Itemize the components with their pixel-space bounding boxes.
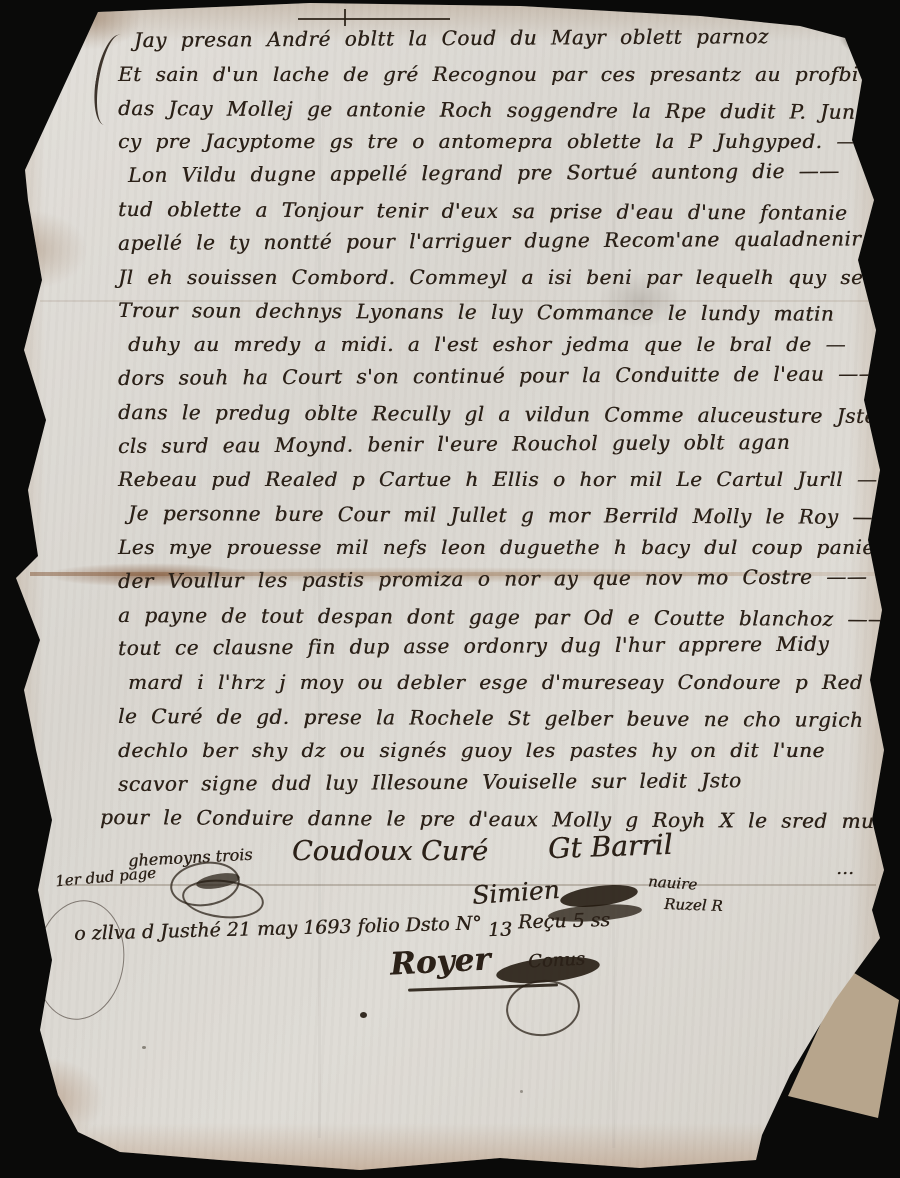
signature-cure: Coudoux Curé — [292, 836, 488, 867]
manuscript-line: Trour soun dechnys Lyonans le luy Comman… — [118, 294, 870, 332]
trailing-dots: … — [836, 858, 854, 879]
manuscript-body: Jay presan André obltt la Coud du Mayr o… — [118, 24, 870, 835]
signature-simien: Simien — [471, 875, 561, 910]
manuscript-line: Jay presan André obltt la Coud du Mayr o… — [134, 20, 870, 58]
manuscript-line: das Jcay Mollej ge antonie Roch soggendr… — [118, 92, 870, 130]
manuscript-line: scavor signe dud luy Illesoune Vouiselle… — [118, 763, 870, 801]
ink-speck — [520, 1090, 523, 1093]
manuscript-line: Je personne bure Cour mil Jullet g mor B… — [128, 497, 870, 535]
side-note: Ruzel R — [664, 895, 723, 915]
registration-text: o zllva d Justhé 21 may 1693 folio Dsto … — [74, 912, 482, 945]
registration-line: o zllva d Justhé 21 may 1693 folio Dsto … — [74, 909, 611, 945]
photo-background: Jay presan André obltt la Coud du Mayr o… — [0, 0, 900, 1178]
signature-conus: Conus — [527, 949, 585, 973]
ink-speck — [142, 1046, 146, 1049]
manuscript-line: cy pre Jacyptome gs tre o antomepra oble… — [118, 125, 870, 159]
manuscript-line: le Curé de gd. prese la Rochele St gelbe… — [118, 700, 870, 738]
manuscript-line: Lon Vildu dugne appellé legrand pre Sort… — [128, 155, 870, 193]
signature-barril: Gt Barril — [547, 828, 673, 865]
registration-flourish-loop — [28, 894, 132, 1025]
manuscript-line: der Voullur les pastis promiza o nor ay … — [118, 560, 870, 598]
manuscript-line: Les mye prouesse mil nefs leon duguethe … — [118, 531, 870, 565]
manuscript-line: Et sain d'un lache de gré Recognou par c… — [118, 58, 870, 92]
manuscript-line: cls surd eau Moynd. benir l'eure Rouchol… — [118, 425, 870, 463]
manuscript-line: Jl eh souissen Combord. Commeyl a isi be… — [118, 261, 870, 295]
manuscript-line: duhy au mredy a midi. a l'est eshor jedm… — [128, 328, 870, 362]
margin-page-note: 1er dud page — [54, 864, 156, 891]
manuscript-line: tout ce clausne fin dup asse ordonry dug… — [118, 628, 870, 666]
registration-fee: Reçu 5 ss — [518, 909, 611, 933]
manuscript-line: pour le Conduire danne le pre d'eaux Mol… — [100, 801, 870, 839]
registration-number: 13 — [488, 919, 513, 942]
manuscript-line: dechlo ber shy dz ou signés guoy les pas… — [118, 734, 870, 768]
manuscript-page: Jay presan André obltt la Coud du Mayr o… — [0, 0, 900, 1178]
ink-speck — [360, 1012, 367, 1018]
manuscript-line: apellé le ty nontté pour l'arriguer dugn… — [118, 222, 870, 260]
signature-royer: Royer — [389, 941, 491, 982]
manuscript-line: dors souh ha Court s'on continué pour la… — [118, 357, 870, 395]
header-rule-line — [298, 18, 450, 20]
manuscript-line: Rebeau pud Realed p Cartue h Ellis o hor… — [118, 463, 870, 497]
manuscript-line: mard i l'hrz j moy ou debler esge d'mure… — [128, 666, 870, 700]
side-note: nauire — [647, 872, 697, 893]
